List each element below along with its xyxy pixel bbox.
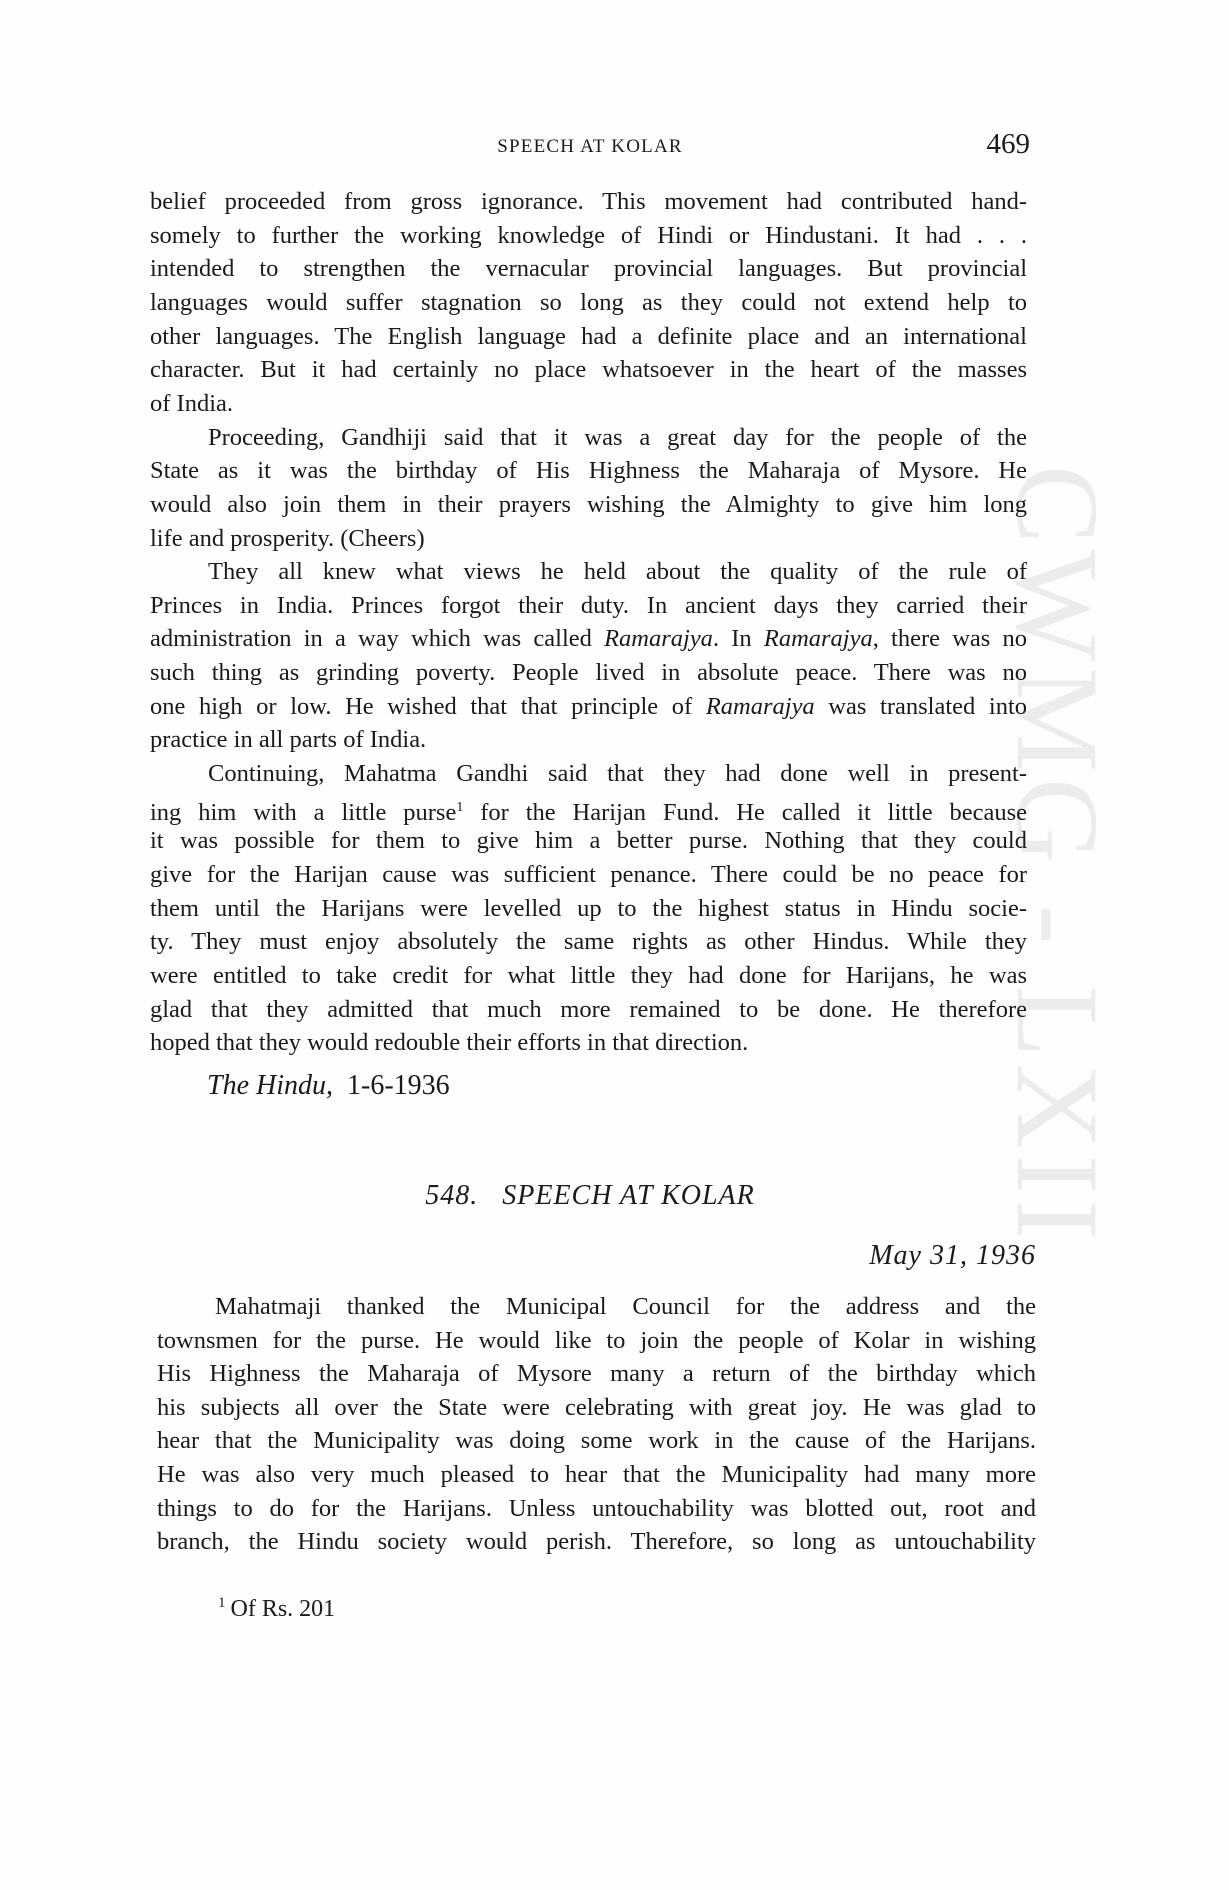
page-number: 469 bbox=[987, 128, 1031, 161]
document-date: May 31, 1936 bbox=[869, 1240, 1036, 1272]
text-line: somely to further the working knowledge … bbox=[150, 219, 1027, 253]
italic-term: Ramarajya bbox=[764, 625, 873, 652]
document-title: 548. SPEECH AT KOLAR bbox=[150, 1180, 1030, 1212]
text-line: glad that they admitted that much more r… bbox=[150, 993, 1027, 1027]
text-line: it was possible for them to give him a b… bbox=[150, 824, 1027, 858]
text-line: were entitled to take credit for what li… bbox=[150, 959, 1027, 993]
text-line: administration in a way which was called… bbox=[150, 622, 1027, 656]
document-title-text: SPEECH AT KOLAR bbox=[502, 1180, 755, 1211]
text-line: character. But it had certainly no place… bbox=[150, 353, 1027, 387]
text-line: such thing as grinding poverty. People l… bbox=[150, 656, 1027, 690]
text-line: them until the Harijans were levelled up… bbox=[150, 892, 1027, 926]
text-line: His Highness the Maharaja of Mysore many… bbox=[157, 1357, 1036, 1391]
text-line: branch, the Hindu society would perish. … bbox=[157, 1525, 1036, 1559]
footnote-text: Of Rs. 201 bbox=[231, 1596, 336, 1622]
text-line: languages would suffer stagnation so lon… bbox=[150, 286, 1027, 320]
text-line: Proceeding, Gandhiji said that it was a … bbox=[208, 421, 1027, 455]
text-line: ing him with a little purse1 for the Har… bbox=[150, 791, 1027, 825]
text-line: Mahatmaji thanked the Municipal Council … bbox=[215, 1290, 1036, 1324]
text-line: They all knew what views he held about t… bbox=[208, 555, 1027, 589]
text-line: would also join them in their prayers wi… bbox=[150, 488, 1027, 522]
text-line: one high or low. He wished that that pri… bbox=[150, 690, 1027, 724]
text-line: his subjects all over the State were cel… bbox=[157, 1391, 1036, 1425]
text-line: hoped that they would redouble their eff… bbox=[150, 1026, 1027, 1060]
text-line: life and prosperity. (Cheers) bbox=[150, 522, 1027, 556]
text-line: belief proceeded from gross ignorance. T… bbox=[150, 185, 1027, 219]
italic-term: Ramarajya bbox=[604, 625, 713, 652]
running-title: SPEECH AT KOLAR bbox=[150, 136, 1030, 158]
footnote-reference[interactable]: 1 bbox=[456, 800, 463, 815]
document-number: 548. bbox=[425, 1180, 478, 1211]
source-separator: , bbox=[326, 1070, 347, 1101]
footnote-marker: 1 bbox=[218, 1595, 226, 1611]
text-line: State as it was the birthday of His High… bbox=[150, 454, 1027, 488]
text-line: hear that the Municipality was doing som… bbox=[157, 1424, 1036, 1458]
running-head: SPEECH AT KOLAR 469 bbox=[150, 128, 1030, 164]
text-line: practice in all parts of India. bbox=[150, 723, 1027, 757]
footnote: 1Of Rs. 201 bbox=[218, 1595, 335, 1623]
source-publication: The Hindu bbox=[207, 1070, 326, 1101]
source-date: 1-6-1936 bbox=[347, 1070, 450, 1101]
text-line: ty. They must enjoy absolutely the same … bbox=[150, 925, 1027, 959]
document-page: CWMG - LXII SPEECH AT KOLAR 469 belief p… bbox=[0, 0, 1229, 1890]
text-line: Continuing, Mahatma Gandhi said that the… bbox=[208, 757, 1027, 791]
text-line: of India. bbox=[150, 387, 1027, 421]
text-line: intended to strengthen the vernacular pr… bbox=[150, 252, 1027, 286]
text-line: other languages. The English language ha… bbox=[150, 320, 1027, 354]
italic-term: Ramarajya bbox=[706, 693, 815, 720]
source-citation: The Hindu, 1-6-1936 bbox=[207, 1070, 450, 1102]
text-line: Princes in India. Princes forgot their d… bbox=[150, 589, 1027, 623]
text-line: give for the Harijan cause was sufficien… bbox=[150, 858, 1027, 892]
text-line: He was also very much pleased to hear th… bbox=[157, 1458, 1036, 1492]
text-line: townsmen for the purse. He would like to… bbox=[157, 1324, 1036, 1358]
text-line: things to do for the Harijans. Unless un… bbox=[157, 1492, 1036, 1526]
